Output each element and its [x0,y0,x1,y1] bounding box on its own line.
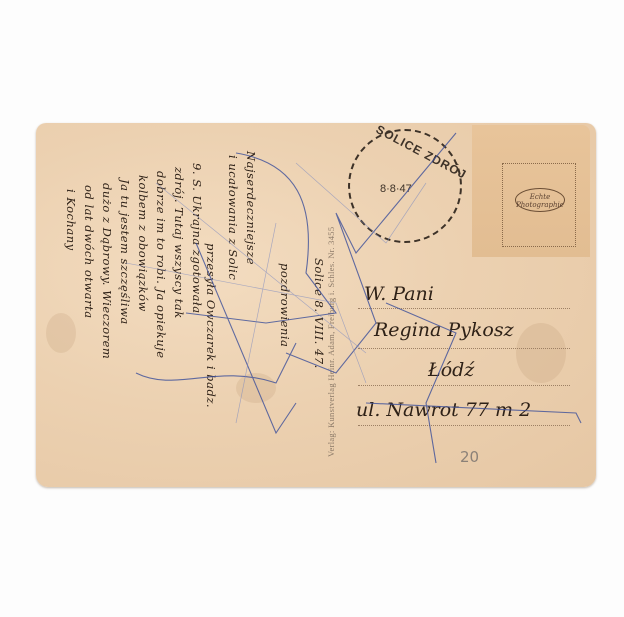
postcard-back: Echte Photographie SOLICE ZDRÓJ 8·8·47 V… [36,123,596,487]
blue-pen-scribbles [36,123,596,487]
